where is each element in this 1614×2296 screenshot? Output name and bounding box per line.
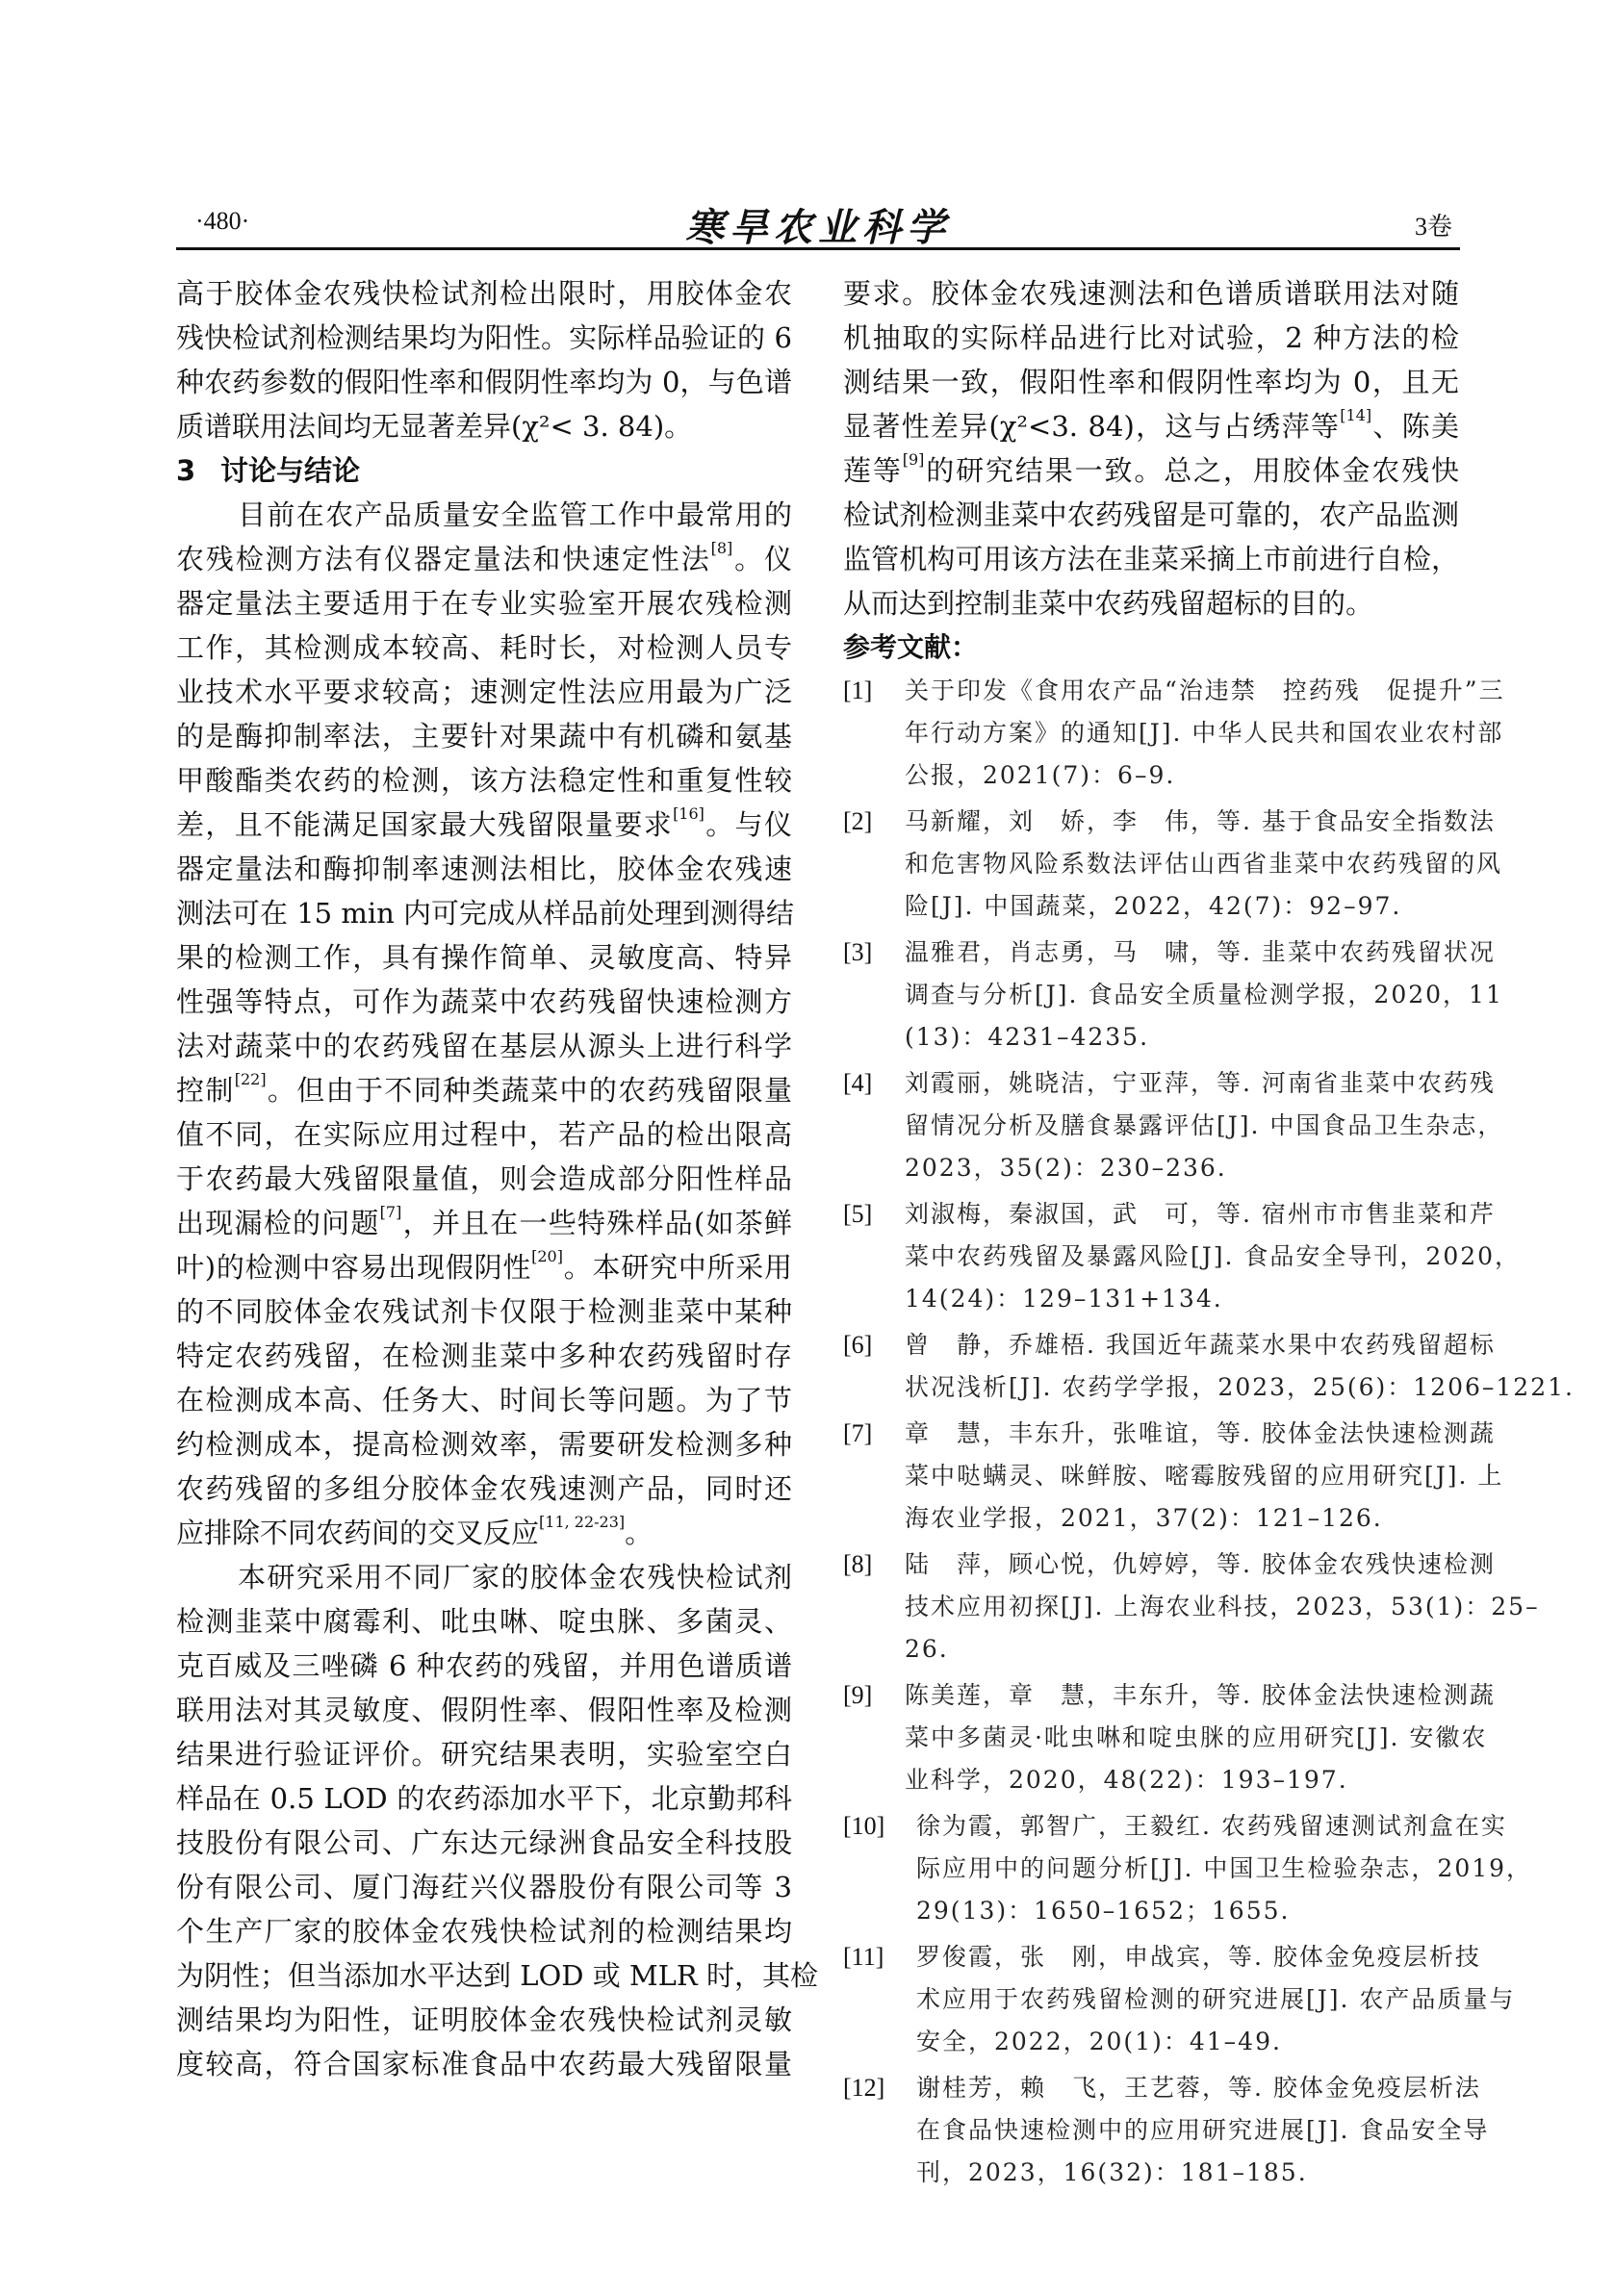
reference-text-line: 菜中农药残留及暴露风险[J]. 食品安全导刊，2020， [905, 1236, 1459, 1278]
reference-text-line: 年行动方案》的通知[J]. 中华人民共和国农业农村部 [905, 712, 1459, 754]
text-line: 从而达到控制韭菜中农药残留超标的目的。 [843, 581, 1459, 625]
reference-text-line: 安全，2022，20(1)：41–49. [916, 2021, 1459, 2063]
reference-text-line: 状况浅析[J]. 农药学学报，2023，25(6)：1206–1221. [905, 1366, 1459, 1409]
text-line: 值不同，在实际应用过程中，若产品的检出限高 [176, 1112, 792, 1157]
text-line: 监管机构可用该方法在韭菜采摘上市前进行自检， [843, 537, 1459, 581]
reference-item: [2]马新耀，刘 娇，李 伟，等. 基于食品安全指数法和危害物风险系数法评估山西… [843, 801, 1459, 928]
reference-list: [1]关于印发《食用农产品“治违禁 控药残 促提升”三年行动方案》的通知[J].… [843, 670, 1459, 2194]
reference-text-line: 马新耀，刘 娇，李 伟，等. 基于食品安全指数法 [905, 801, 1459, 843]
text-line: 种农药参数的假阳性率和假阴性率均为 0，与色谱 [176, 360, 792, 404]
reference-item: [11]罗俊霞，张 刚，申战宾，等. 胶体金免疫层析技术应用于农药残留检测的研究… [843, 1936, 1459, 2063]
text-line: 农药残留的多组分胶体金农残速测产品，同时还 [176, 1467, 792, 1511]
text-line: 果的检测工作，具有操作简单、灵敏度高、特异 [176, 935, 792, 980]
text-line: 检测韭菜中腐霉利、吡虫啉、啶虫脒、多菌灵、 [176, 1599, 792, 1644]
citation-marker: [16] [673, 804, 705, 823]
reference-text-line: 29(13)：1650–1652；1655. [916, 1890, 1459, 1932]
text-line: 份有限公司、厦门海荭兴仪器股份有限公司等 3 [176, 1865, 792, 1909]
text-line: 克百威及三唑磷 6 种农药的残留，并用色谱质谱 [176, 1644, 792, 1688]
text-line: 叶)的检测中容易出现假阴性[20]。本研究中所采用 [176, 1245, 792, 1289]
reference-text-line: 刘淑梅，秦淑国，武 可，等. 宿州市市售韭菜和芹 [905, 1193, 1459, 1236]
citation-marker: [8] [711, 539, 733, 557]
reference-number: [2] [843, 801, 872, 843]
text-line: 个生产厂家的胶体金农残快检试剂的检测结果均 [176, 1909, 792, 1953]
reference-text-line: 术应用于农药残留检测的研究进展[J]. 农产品质量与 [916, 1978, 1459, 2021]
references-heading: 参考文献： [843, 625, 1459, 670]
citation-marker: [14] [1340, 406, 1371, 424]
text-line: 特定农药残留，在检测韭菜中多种农药残留时存 [176, 1334, 792, 1378]
reference-text-line: 海农业学报，2021，37(2)：121–126. [905, 1497, 1459, 1540]
reference-item: [9]陈美莲，章 慧，丰东升，等. 胶体金法快速检测蔬菜中多菌灵·吡虫啉和啶虫脒… [843, 1674, 1459, 1801]
text-line: 器定量法主要适用于在专业实验室开展农残检测 [176, 581, 792, 625]
reference-text-line: 谢桂芳，赖 飞，王艺蓉，等. 胶体金免疫层析法 [916, 2067, 1459, 2109]
paragraph-results-summary: 高于胶体金农残快检试剂检出限时，用胶体金农 残快检试剂检测结果均为阳性。实际样品… [176, 271, 792, 448]
reference-text-line: 刘霞丽，姚晓洁，宁亚萍，等. 河南省韭菜中农药残 [905, 1062, 1459, 1105]
reference-text-line: 菜中多菌灵·吡虫啉和啶虫脒的应用研究[J]. 安徽农 [905, 1717, 1459, 1759]
reference-number: [7] [843, 1413, 872, 1455]
header-rule [176, 247, 1460, 250]
paragraph-study-summary: 本研究采用不同厂家的胶体金农残快检试剂 检测韭菜中腐霉利、吡虫啉、啶虫脒、多菌灵… [176, 1555, 792, 2086]
reference-text-line: 徐为霞，郭智广，王毅红. 农药残留速测试剂盒在实 [916, 1805, 1459, 1848]
reference-item: [12]谢桂芳，赖 飞，王艺蓉，等. 胶体金免疫层析法在食品快速检测中的应用研究… [843, 2067, 1459, 2194]
text-line: 农残检测方法有仪器定量法和快速定性法[8]。仪 [176, 537, 792, 581]
text-line: 应排除不同农药间的交叉反应[11, 22-23]。 [176, 1511, 792, 1555]
reference-item: [5]刘淑梅，秦淑国，武 可，等. 宿州市市售韭菜和芹菜中农药残留及暴露风险[J… [843, 1193, 1459, 1320]
text-line: 显著性差异(χ²<3. 84)，这与占绣萍等[14]、陈美 [843, 404, 1459, 448]
citation-marker: [7] [380, 1203, 402, 1221]
text-line: 测结果均为阳性，证明胶体金农残快检试剂灵敏 [176, 1998, 792, 2042]
reference-text-line: 陆 萍，顾心悦，仇婷婷，等. 胶体金农残快速检测 [905, 1543, 1459, 1586]
reference-text-line: 26. [905, 1628, 1459, 1671]
reference-text-line: 罗俊霞，张 刚，申战宾，等. 胶体金免疫层析技 [916, 1936, 1459, 1978]
paragraph-discussion: 目前在农产品质量安全监管工作中最常用的 农残检测方法有仪器定量法和快速定性法[8… [176, 493, 792, 1555]
text-line: 样品在 0.5 LOD 的农药添加水平下，北京勤邦科 [176, 1776, 792, 1821]
text-line: 于农药最大残留限量值，则会造成部分阳性样品 [176, 1157, 792, 1201]
text-line: 差，且不能满足国家最大残留限量要求[16]。与仪 [176, 803, 792, 847]
reference-text-line: 2023，35(2)：230–236. [905, 1147, 1459, 1189]
text-line: 要求。胶体金农残速测法和色谱质谱联用法对随 [843, 271, 1459, 316]
reference-number: [1] [843, 670, 872, 712]
text-line: 本研究采用不同厂家的胶体金农残快检试剂 [176, 1555, 792, 1599]
reference-item: [6]曾 静，乔雄梧. 我国近年蔬菜水果中农药残留超标状况浅析[J]. 农药学学… [843, 1324, 1459, 1409]
text-line: 技股份有限公司、广东达元绿洲食品安全科技股 [176, 1821, 792, 1865]
text-line: 结果进行验证评价。研究结果表明，实验室空白 [176, 1732, 792, 1776]
reference-number: [9] [843, 1674, 872, 1717]
reference-number: [6] [843, 1324, 872, 1366]
reference-text-line: 陈美莲，章 慧，丰东升，等. 胶体金法快速检测蔬 [905, 1674, 1459, 1717]
citation-marker: [20] [531, 1247, 563, 1265]
reference-item: [8]陆 萍，顾心悦，仇婷婷，等. 胶体金农残快速检测技术应用初探[J]. 上海… [843, 1543, 1459, 1671]
reference-number: [3] [843, 931, 872, 974]
reference-item: [7]章 慧，丰东升，张唯谊，等. 胶体金法快速检测蔬菜中哒螨灵、咪鲜胺、嘧霉胺… [843, 1413, 1459, 1540]
reference-item: [3]温雅君，肖志勇，马 啸，等. 韭菜中农药残留状况调查与分析[J]. 食品安… [843, 931, 1459, 1059]
text-line: 业技术水平要求较高；速测定性法应用最为广泛 [176, 670, 792, 714]
text-line: 为阴性；但当添加水平达到 LOD 或 MLR 时，其检 [176, 1953, 792, 1998]
reference-text-line: (13)：4231–4235. [905, 1016, 1459, 1059]
paragraph-conclusion: 要求。胶体金农残速测法和色谱质谱联用法对随 机抽取的实际样品进行比对试验，2 种… [843, 271, 1459, 625]
reference-text-line: 险[J]. 中国蔬菜，2022，42(7)：92–97. [905, 885, 1459, 928]
section-title: 讨论与结论 [220, 454, 360, 487]
reference-number: [10] [843, 1805, 884, 1848]
section-number: 3 [176, 448, 220, 493]
reference-number: [4] [843, 1062, 872, 1105]
page-header: ·480· 寒旱农业科学 3卷 [176, 197, 1460, 251]
reference-text-line: 14(24)：129–131+134. [905, 1278, 1459, 1320]
reference-text-line: 际应用中的问题分析[J]. 中国卫生检验杂志，2019， [916, 1848, 1459, 1890]
text-line: 性强等特点，可作为蔬菜中农药残留快速检测方 [176, 980, 792, 1024]
reference-item: [1]关于印发《食用农产品“治违禁 控药残 促提升”三年行动方案》的通知[J].… [843, 670, 1459, 797]
text-line: 目前在农产品质量安全监管工作中最常用的 [176, 493, 792, 537]
text-line: 器定量法和酶抑制率速测法相比，胶体金农残速 [176, 847, 792, 891]
text-line: 在检测成本高、任务大、时间长等问题。为了节 [176, 1378, 792, 1422]
citation-marker: [22] [235, 1070, 267, 1088]
left-column: 高于胶体金农残快检试剂检出限时，用胶体金农 残快检试剂检测结果均为阳性。实际样品… [176, 271, 792, 2086]
text-line: 法对蔬菜中的农药残留在基层从源头上进行科学 [176, 1024, 792, 1068]
text-line: 度较高，符合国家标准食品中农药最大残留限量 [176, 2042, 792, 2086]
section-heading: 3讨论与结论 [176, 448, 792, 493]
reference-text-line: 业科学，2020，48(22)：193–197. [905, 1759, 1459, 1801]
reference-text-line: 在食品快速检测中的应用研究进展[J]. 食品安全导 [916, 2109, 1459, 2152]
text-line: 高于胶体金农残快检试剂检出限时，用胶体金农 [176, 271, 792, 316]
reference-text-line: 调查与分析[J]. 食品安全质量检测学报，2020，11 [905, 974, 1459, 1016]
reference-item: [4]刘霞丽，姚晓洁，宁亚萍，等. 河南省韭菜中农药残留情况分析及膳食暴露评估[… [843, 1062, 1459, 1189]
text-line: 测法可在 15 min 内可完成从样品前处理到测得结 [176, 891, 792, 935]
right-column: 要求。胶体金农残速测法和色谱质谱联用法对随 机抽取的实际样品进行比对试验，2 种… [843, 271, 1459, 2198]
text-line: 约检测成本，提高检测效率，需要研发检测多种 [176, 1422, 792, 1467]
citation-marker: [9] [903, 450, 925, 469]
reference-text-line: 曾 静，乔雄梧. 我国近年蔬菜水果中农药残留超标 [905, 1324, 1459, 1366]
reference-text-line: 温雅君，肖志勇，马 啸，等. 韭菜中农药残留状况 [905, 931, 1459, 974]
text-line: 控制[22]。但由于不同种类蔬菜中的农药残留限量 [176, 1068, 792, 1112]
reference-text-line: 和危害物风险系数法评估山西省韭菜中农药残留的风 [905, 843, 1459, 885]
citation-marker: [11, 22-23] [539, 1513, 625, 1531]
reference-number: [12] [843, 2067, 884, 2109]
text-line: 残快检试剂检测结果均为阳性。实际样品验证的 6 [176, 316, 792, 360]
volume-label: 3卷 [1415, 207, 1452, 242]
reference-text-line: 技术应用初探[J]. 上海农业科技，2023，53(1)：25– [905, 1586, 1459, 1628]
reference-text-line: 公报，2021(7)：6–9. [905, 754, 1459, 797]
text-line: 的是酶抑制率法，主要针对果蔬中有机磷和氨基 [176, 714, 792, 758]
text-line: 工作，其检测成本较高、耗时长，对检测人员专 [176, 625, 792, 670]
text-line: 测结果一致，假阳性率和假阴性率均为 0，且无 [843, 360, 1459, 404]
text-line: 联用法对其灵敏度、假阴性率、假阳性率及检测 [176, 1688, 792, 1732]
text-line: 甲酸酯类农药的检测，该方法稳定性和重复性较 [176, 758, 792, 803]
text-line: 莲等[9]的研究结果一致。总之，用胶体金农残快 [843, 448, 1459, 493]
reference-text-line: 菜中哒螨灵、咪鲜胺、嘧霉胺残留的应用研究[J]. 上 [905, 1455, 1459, 1497]
text-line: 检试剂检测韭菜中农药残留是可靠的，农产品监测 [843, 493, 1459, 537]
reference-text-line: 刊，2023，16(32)：181–185. [916, 2152, 1459, 2194]
reference-item: [10]徐为霞，郭智广，王毅红. 农药残留速测试剂盒在实际应用中的问题分析[J]… [843, 1805, 1459, 1932]
reference-text-line: 章 慧，丰东升，张唯谊，等. 胶体金法快速检测蔬 [905, 1413, 1459, 1455]
reference-number: [8] [843, 1543, 872, 1586]
text-line: 质谱联用法间均无显著差异(χ²< 3. 84)。 [176, 404, 792, 448]
journal-title: 寒旱农业科学 [176, 197, 1460, 252]
text-line: 机抽取的实际样品进行比对试验，2 种方法的检 [843, 316, 1459, 360]
reference-text-line: 留情况分析及膳食暴露评估[J]. 中国食品卫生杂志， [905, 1105, 1459, 1147]
reference-number: [5] [843, 1193, 872, 1236]
reference-text-line: 关于印发《食用农产品“治违禁 控药残 促提升”三 [905, 670, 1459, 712]
text-line: 的不同胶体金农残试剂卡仅限于检测韭菜中某种 [176, 1289, 792, 1334]
reference-number: [11] [843, 1936, 884, 1978]
text-line: 出现漏检的问题[7]，并且在一些特殊样品(如茶鲜 [176, 1201, 792, 1245]
